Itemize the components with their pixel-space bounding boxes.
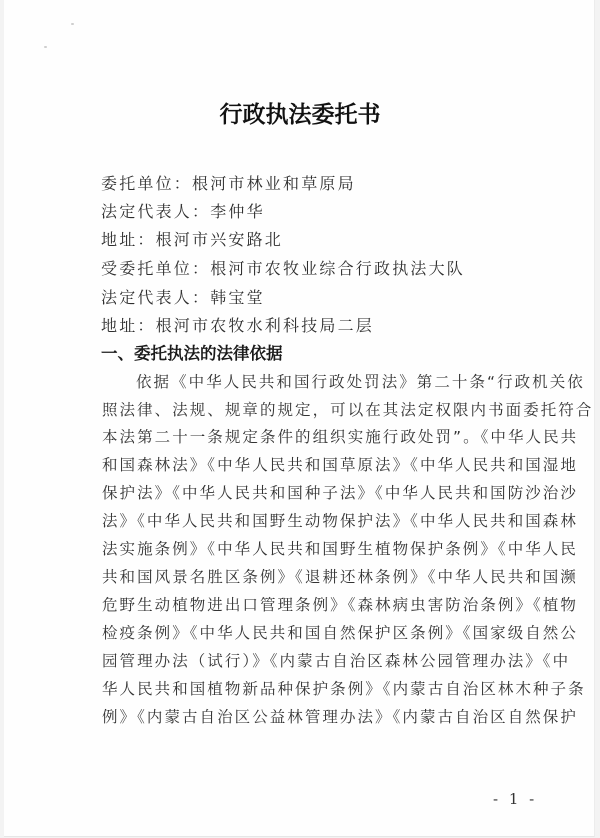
entrusting-legal-representative: 法定代表人：李仲华 — [101, 199, 265, 222]
paragraph-line: 园管理办法（试行）》《内蒙古自治区森林公园管理办法》《中 — [102, 649, 518, 671]
section-heading-legal-basis: 一、委托执法的法律依据 — [101, 340, 283, 364]
paragraph-line: 本法第二十一条规定条件的组织实施行政处罚”。《中华人民共 — [102, 425, 518, 447]
entrusted-legal-representative: 法定代表人：韩宝堂 — [101, 285, 265, 308]
entrusted-unit: 受委托单位：根河市农牧业综合行政执法大队 — [101, 256, 465, 279]
paragraph-line: 照法律、法规、规章的规定，可以在其法定权限内书面委托符合 — [102, 398, 518, 420]
entrusted-address: 地址：根河市农牧水利科技局二层 — [101, 313, 374, 336]
entrusting-address: 地址：根河市兴安路北 — [101, 227, 283, 250]
paragraph-line: 法实施条例》《中华人民共和国野生植物保护条例》《中华人民 — [102, 537, 518, 559]
paragraph-line: 危野生动植物进出口管理条例》《森林病虫害防治条例》《植物 — [102, 593, 518, 615]
paragraph-line: 依据《中华人民共和国行政处罚法》第二十条“行政机关依 — [136, 370, 552, 392]
page-number: - 1 - — [493, 790, 537, 808]
paragraph-line: 和国森林法》《中华人民共和国草原法》《中华人民共和国湿地 — [102, 453, 518, 475]
paragraph-line: 例》《内蒙古自治区公益林管理办法》《内蒙古自治区自然保护 — [102, 705, 518, 727]
scan-speck — [71, 23, 74, 25]
scan-speck — [44, 46, 47, 48]
paragraph-line: 共和国风景名胜区条例》《退耕还林条例》《中华人民共和国濒 — [102, 565, 518, 587]
paragraph-line: 保护法》《中华人民共和国种子法》《中华人民共和国防沙治沙 — [102, 481, 518, 503]
document-title: 行政执法委托书 — [0, 96, 600, 129]
paragraph-line: 法》《中华人民共和国野生动物保护法》《中华人民共和国森林 — [102, 509, 518, 531]
paragraph-line: 检疫条例》《中华人民共和国自然保护区条例》《国家级自然公 — [102, 621, 518, 643]
entrusting-unit: 委托单位：根河市林业和草原局 — [101, 171, 356, 194]
paragraph-line: 华人民共和国植物新品种保护条例》《内蒙古自治区林木种子条 — [102, 677, 518, 699]
